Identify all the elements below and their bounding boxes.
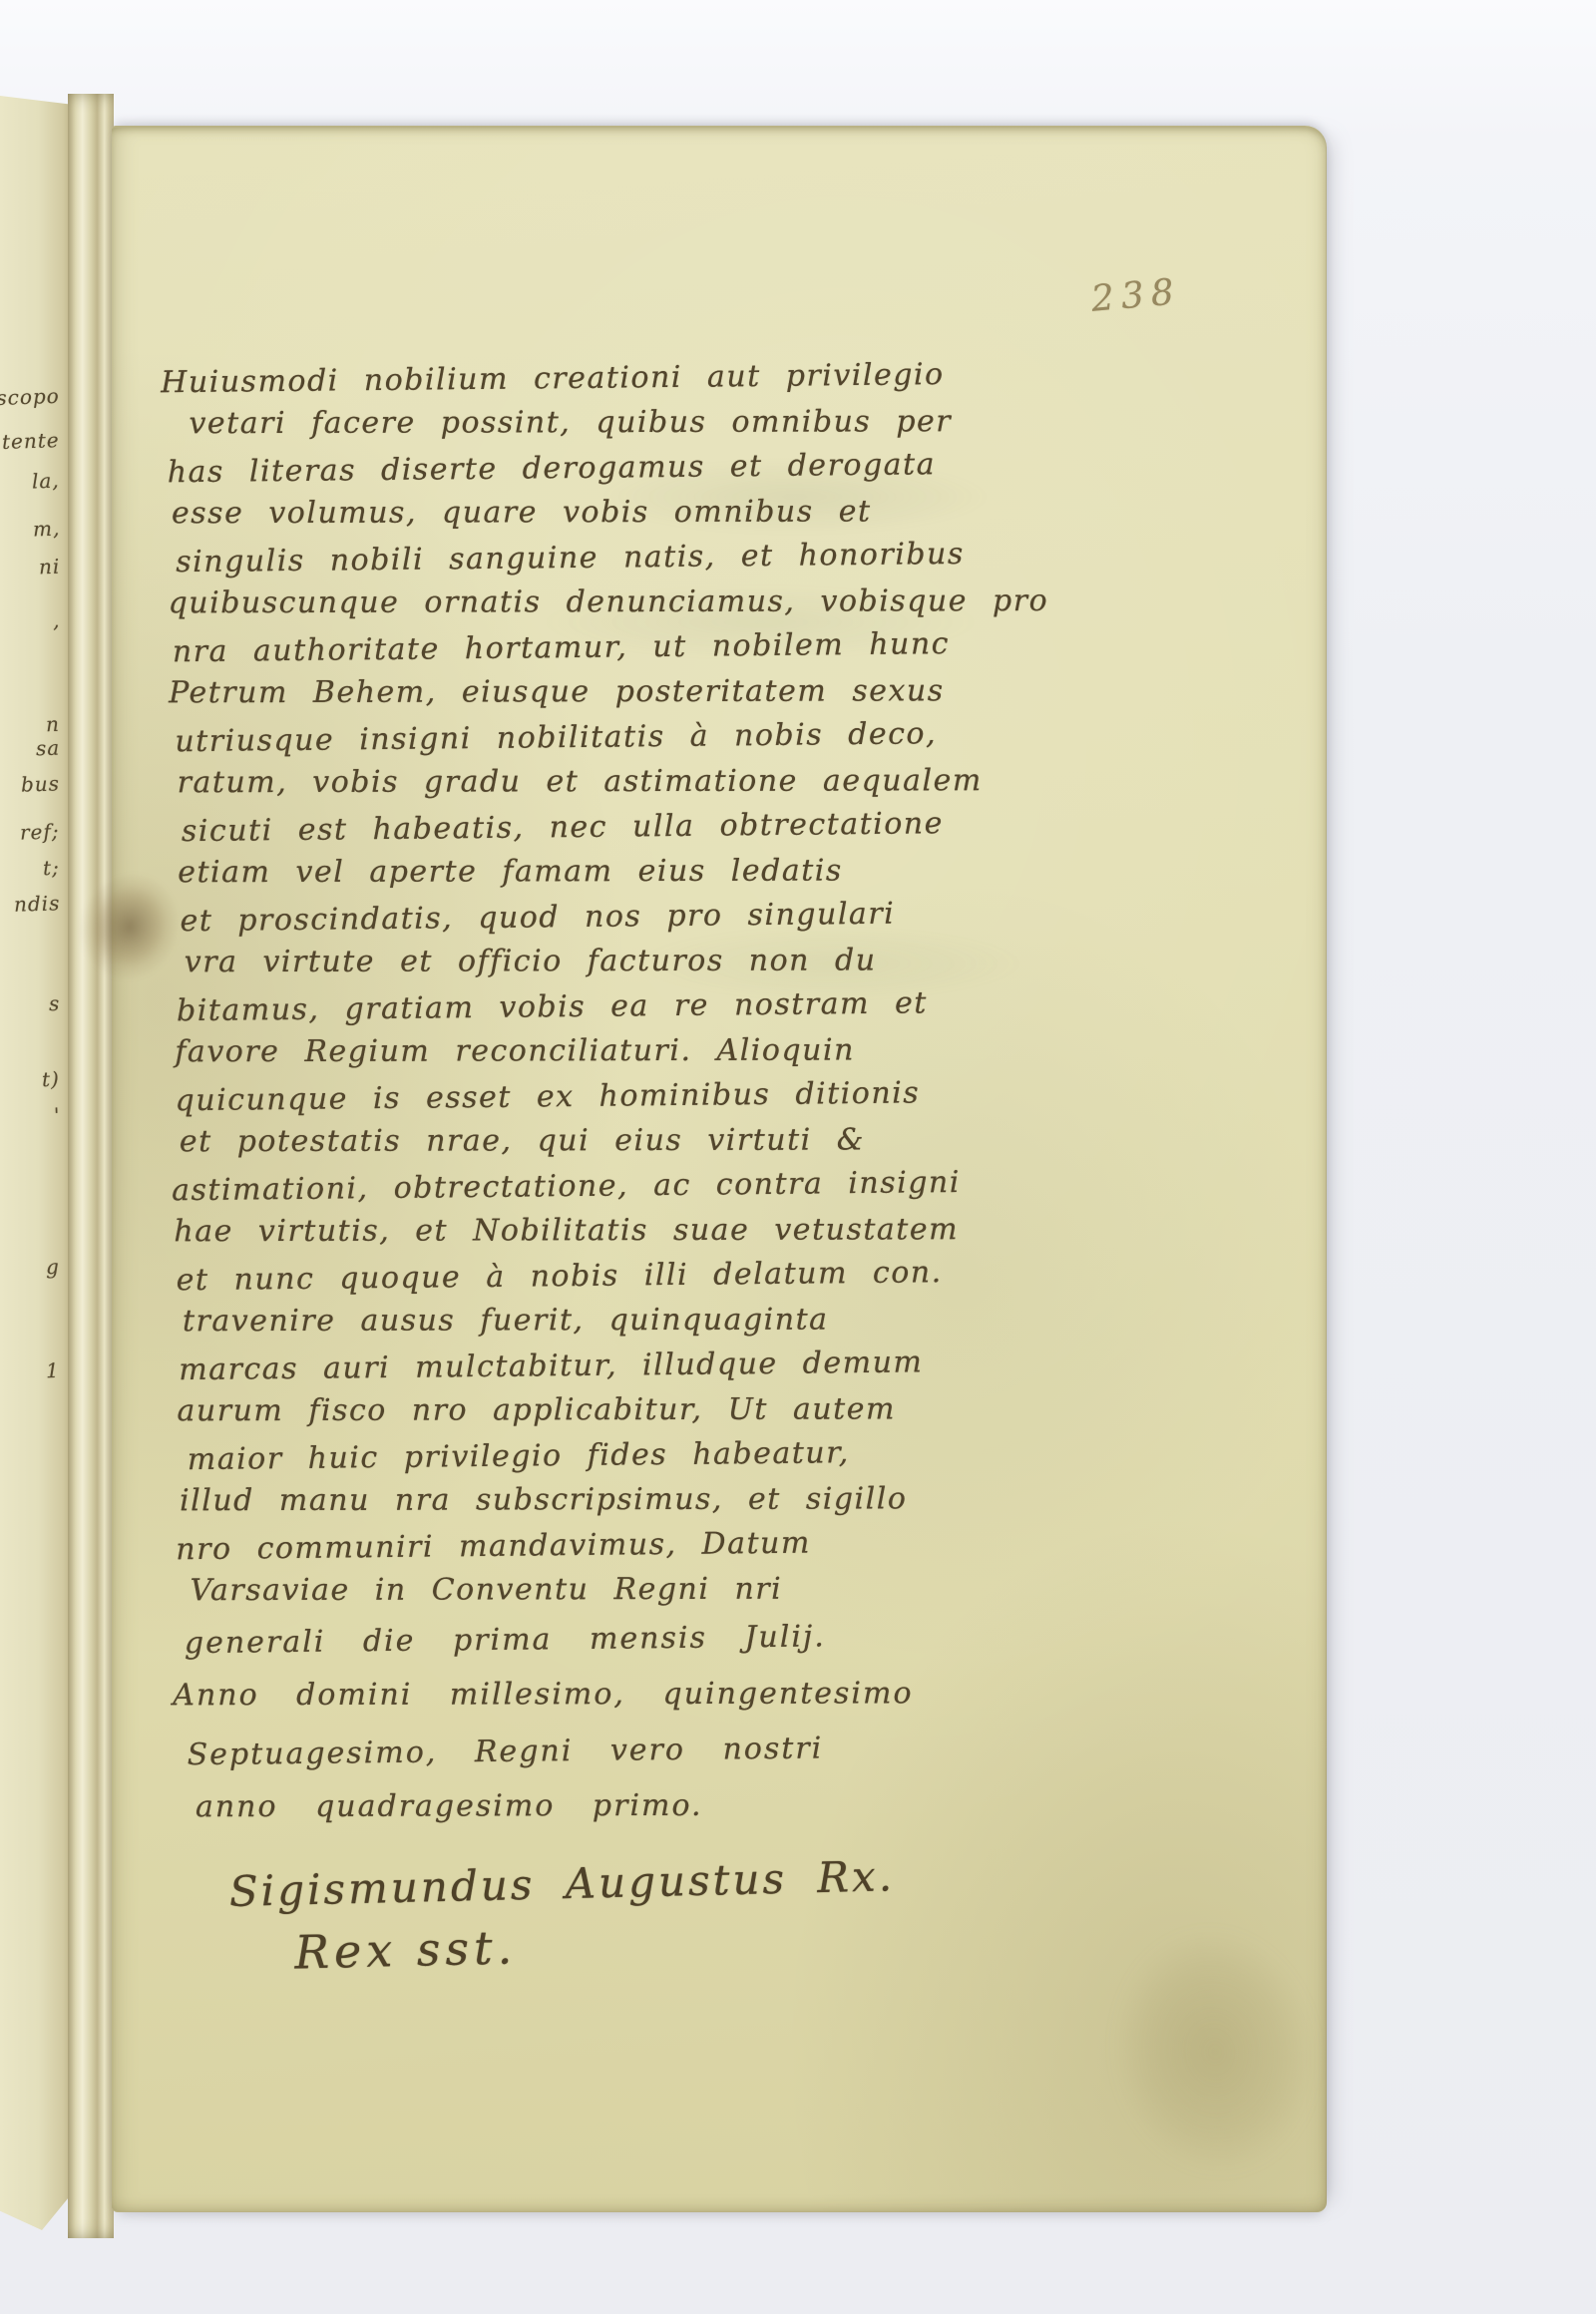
signature-block: Sigismundus Augustus Rx.Rex sst.	[228, 1840, 1179, 1986]
margin-fragment: n	[46, 712, 61, 736]
manuscript-line: singulis nobili sanguine natis, et honor…	[176, 532, 1169, 586]
manuscript-line: et nunc quoque à nobis illi delatum con.	[176, 1250, 1173, 1305]
manuscript-line: quicunque is esset ex hominibus ditionis	[175, 1070, 1172, 1125]
margin-fragment: ni	[38, 555, 60, 579]
text-block: Huiusmodi nobilium creationi aut privile…	[161, 354, 1178, 1978]
manuscript-line: illud manu nra subscripsimus, et sigillo	[180, 1478, 1175, 1526]
margin-fragment: ,	[52, 608, 60, 632]
margin-fragment: '	[53, 1103, 60, 1127]
manuscript-line: nra authoritate hortamur, ut nobilem hun…	[173, 621, 1170, 676]
manuscript-line: sicuti est habeatis, nec ulla obtrectati…	[182, 801, 1171, 856]
manuscript-line: Septuagesimo, Regni vero nostri	[187, 1721, 1177, 1786]
manuscript-line: maior huic privilegio fides habeatur,	[188, 1429, 1175, 1484]
manuscript-line: travenire ausus fuerit, quinquaginta	[183, 1299, 1174, 1347]
manuscript-line: Petrum Behem, eiusque posteritatem sexus	[169, 670, 1170, 718]
manuscript-line: et proscindatis, quod nos pro singulari	[180, 891, 1171, 946]
manuscript-line: et potestatis nrae, qui eius virtuti &	[180, 1119, 1173, 1167]
manuscript-line: esse volumus, quare vobis omnibus et	[172, 491, 1169, 539]
manuscript-line: anno quadragesimo primo.	[196, 1780, 1177, 1839]
margin-fragment: ref;	[20, 819, 60, 844]
manuscript-line: ratum, vobis gradu et astimatione aequal…	[178, 760, 1171, 808]
manuscript-line: quibuscunque ornatis denunciamus, vobisq…	[169, 580, 1170, 628]
previous-page-edge: iscopotentela,m,ni,nsabusref;t;ndisst)'g…	[0, 96, 70, 2230]
page-number: 238	[1089, 271, 1182, 320]
margin-fragment: iscopo	[0, 384, 60, 410]
manuscript-line: Varsaviae in Conventu Regni nri	[191, 1568, 1176, 1616]
margin-fragment: sa	[35, 736, 60, 761]
manuscript-line: Huiusmodi nobilium creationi aut privile…	[161, 352, 1168, 408]
manuscript-line: aurum fisco nro applicabitur, Ut autem	[177, 1388, 1174, 1436]
manuscript-line: generali die prima mensis Julij.	[185, 1609, 1177, 1675]
manuscript-line: etiam vel aperte famam eius ledatis	[178, 850, 1171, 898]
manuscript-line: utriusque insigni nobilitatis à nobis de…	[175, 711, 1170, 766]
manuscript-line: has literas diserte derogamus et derogat…	[168, 442, 1169, 498]
page-fold	[68, 94, 114, 2238]
manuscript-line: vetari facere possint, quibus omnibus pe…	[189, 401, 1168, 449]
manuscript-scan: iscopotentela,m,ni,nsabusref;t;ndisst)'g…	[0, 0, 1596, 2314]
margin-fragment: la,	[32, 469, 61, 494]
margin-fragment: ndis	[13, 891, 60, 917]
manuscript-line: bitamus, gratiam vobis ea re nostram et	[177, 980, 1172, 1035]
manuscript-line: vra virtute et officio facturos non du	[185, 940, 1172, 987]
manuscript-page: 238 Huiusmodi nobilium creationi aut pri…	[112, 126, 1327, 2212]
margin-fragment: tente	[2, 428, 60, 454]
manuscript-line: marcas auri mulctabitur, illudque demum	[179, 1340, 1174, 1394]
margin-fragment: t)	[42, 1067, 61, 1092]
margin-fragment: bus	[21, 771, 61, 796]
margin-fragment: t;	[43, 856, 61, 881]
margin-fragment: g	[46, 1255, 61, 1279]
margin-fragment: 1	[46, 1358, 61, 1382]
margin-fragment: s	[48, 991, 60, 1015]
manuscript-line: hae virtutis, et Nobilitatis suae vetust…	[174, 1209, 1173, 1257]
manuscript-line: Anno domini millesimo, quingentesimo	[173, 1669, 1176, 1728]
manuscript-line: nro communiri mandavimus, Datum	[176, 1519, 1175, 1574]
margin-fragment: m,	[32, 517, 60, 542]
manuscript-line: favore Regium reconciliaturi. Alioquin	[175, 1029, 1172, 1077]
manuscript-line: astimationi, obtrectatione, ac contra in…	[172, 1160, 1173, 1216]
